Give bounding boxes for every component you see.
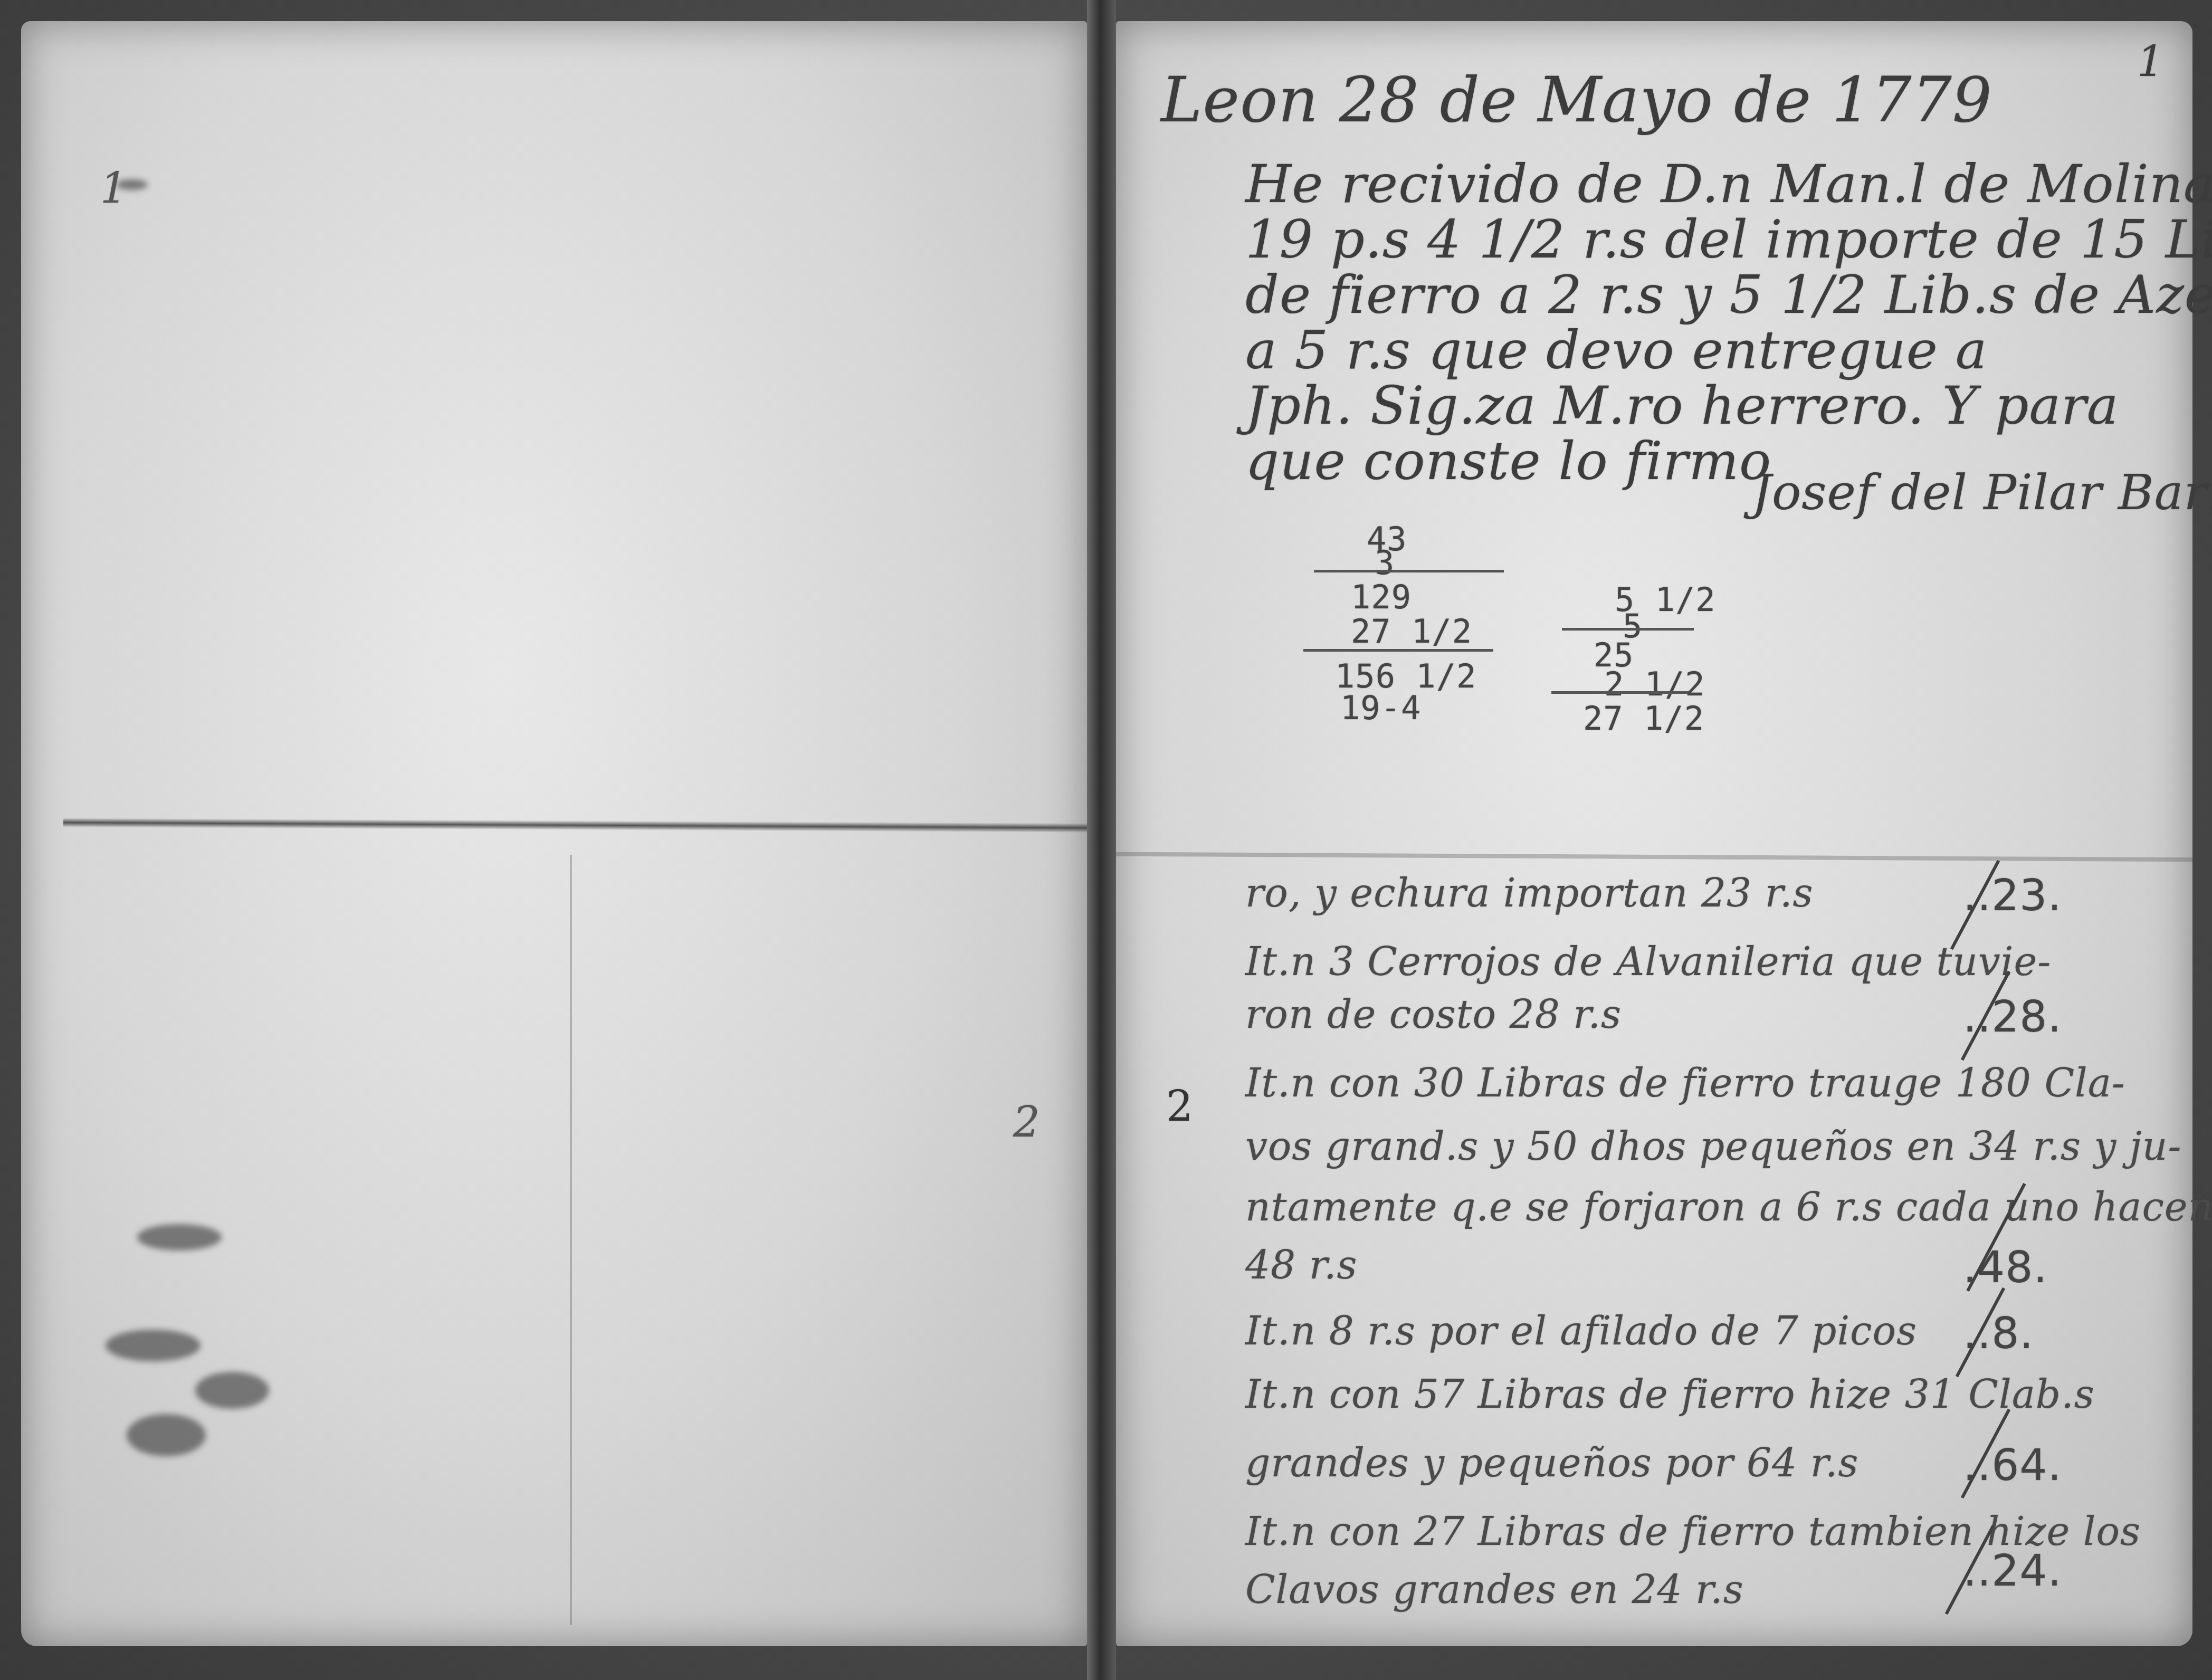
ledger-amount: ..8.	[1963, 1309, 2034, 1359]
calc-rule	[1303, 649, 1493, 652]
ink-stain	[137, 1224, 222, 1251]
ledger-entry: It.n con 30 Libras de fierro trauge 180 …	[1245, 1061, 2125, 1106]
left-page-mark: 1	[100, 164, 128, 213]
ledger-amount: ..28.	[1963, 992, 2062, 1042]
date-line: Leon 28 de Mayo de 1779	[1161, 63, 1992, 136]
vertical-fold	[570, 855, 572, 1625]
ledger-entry: Clavos grandes en 24 r.s	[1245, 1567, 1744, 1612]
ledger-entry: ron de costo 28 r.s	[1245, 992, 1622, 1037]
receipt-line: de fierro a 2 r.s y 5 1/2 Lib.s de Azero	[1245, 264, 2212, 326]
receipt-line: He recivido de D.n Man.l de Molina	[1245, 153, 2212, 215]
ledger-entry: 48 r.s	[1245, 1243, 1357, 1288]
ledger-entry: It.n 8 r.s por el afilado de 7 picos	[1245, 1309, 1917, 1354]
ledger-entry: ro, y echura importan 23 r.s	[1245, 871, 1813, 916]
ledger-entry: ntamente q.e se forjaron a 6 r.s cada un…	[1245, 1185, 2212, 1230]
ink-stain	[106, 1330, 201, 1361]
receipt-line: Jph. Sig.za M.ro herrero. Y para	[1245, 375, 2119, 436]
calc-value: 19-4	[1340, 689, 1421, 727]
left-page: 1 2	[21, 21, 1087, 1646]
calc-rule	[1551, 691, 1689, 694]
ink-stain	[195, 1372, 269, 1409]
calc-value: 129	[1351, 578, 1412, 616]
receipt-line: 19 p.s 4 1/2 r.s del importe de 15 Lib.s	[1245, 208, 2212, 270]
calc-value: 27 1/2	[1583, 699, 1704, 738]
ledger-entry: vos grand.s y 50 dhos pequeños en 34 r.s…	[1245, 1124, 2181, 1169]
calc-rule	[1314, 570, 1504, 572]
calc-value: 27 1/2	[1351, 612, 1472, 651]
signature: Josef del Pilar Barna	[1752, 464, 2212, 521]
ledger-amount: .48.	[1963, 1243, 2047, 1293]
ink-stain	[127, 1414, 206, 1456]
left-page-mark: 2	[1013, 1097, 1041, 1147]
receipt-line: a 5 r.s que devo entregue a	[1245, 319, 1987, 381]
page-number: 2	[1166, 1082, 1194, 1131]
receipt-line: que conste lo firmo	[1245, 430, 1771, 492]
calc-value: 3	[1375, 543, 1395, 582]
corner-mark: 1	[2137, 37, 2165, 86]
calc-value: 2 1/2	[1604, 665, 1705, 703]
ledger-entry: It.n con 57 Libras de fierro hize 31 Cla…	[1245, 1372, 2095, 1417]
calc-rule	[1562, 628, 1694, 631]
book-gutter	[1087, 0, 1116, 1680]
ledger-entry: grandes y pequeños por 64 r.s	[1245, 1440, 1858, 1486]
ledger-entry: It.n 3 Cerrojos de Alvanileria que tuvie…	[1245, 939, 2051, 985]
